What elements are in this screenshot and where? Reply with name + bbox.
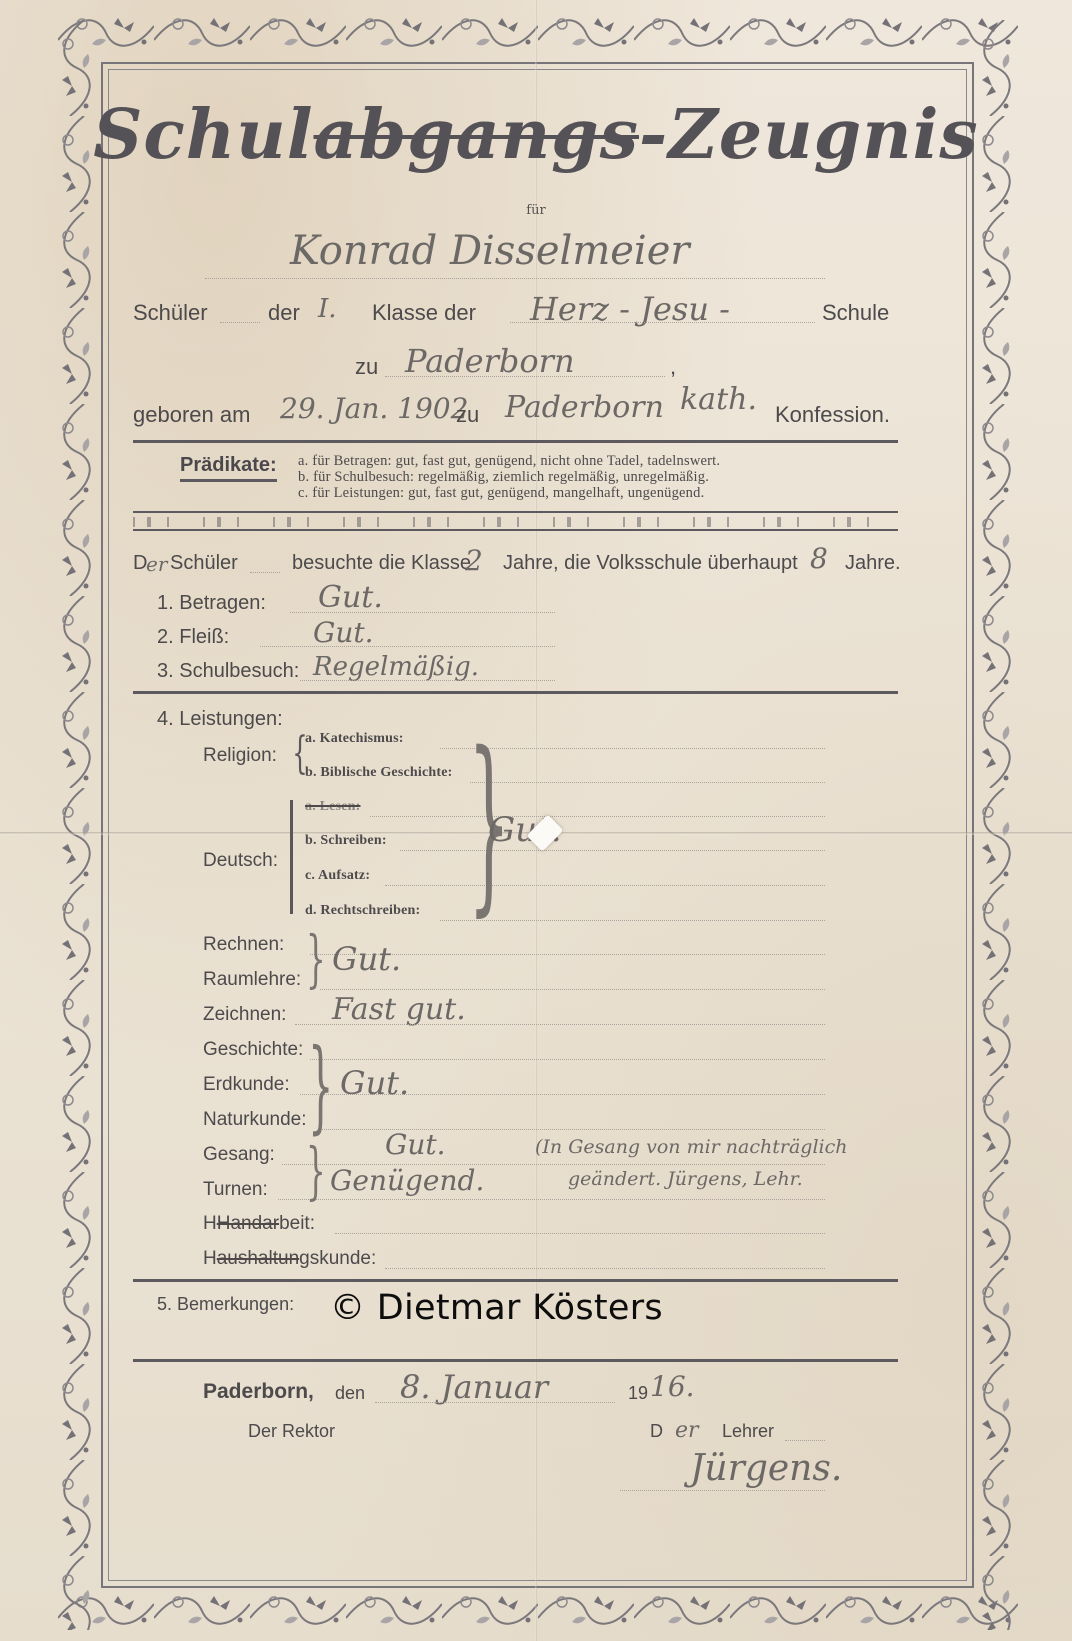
singing-gym-brace: } [306,1140,326,1202]
teacher-article-value: er [675,1418,699,1443]
attendance-article-value: er [146,552,167,576]
title-struck-part: abgangs [314,95,639,175]
subject-label-haushaltungskunde: Haushaltungskunde: [203,1248,376,1270]
realien-grade: Gut. [340,1064,409,1102]
singing-note-line-2: geändert. Jürgens, Lehr. [568,1168,803,1190]
divider-rule [133,1279,898,1282]
dotted-line [300,680,555,681]
dotted-line [385,1268,825,1269]
school-years-value: 8 [810,542,828,575]
rector-label: Der Rektor [248,1421,335,1442]
teacher-d-label: D [650,1421,663,1442]
handarbeit-struck: Handar [217,1213,279,1234]
der-label: der [268,300,300,326]
dotted-line [370,816,825,817]
deutsch-label: Deutsch: [203,850,278,872]
conduct-label-fleiss: 2. Fleiß: [157,626,229,649]
subject-label-raumlehre: Raumlehre: [203,969,301,991]
dotted-line [295,1024,825,1025]
haushalt-struck: aushaltun [217,1248,299,1269]
subject-label-erdkunde: Erdkunde: [203,1074,290,1096]
dotted-line [785,1440,825,1441]
teacher-signature: Jürgens. [690,1448,842,1489]
for-label: für [0,203,1072,218]
ornamental-border-bottom [58,1588,1018,1634]
born-zu-label: zu [456,402,479,428]
name-dotted-line [205,278,825,279]
dotted-line [260,646,555,647]
subject-label-rechnen: Rechnen: [203,934,284,956]
singing-note-line-1: (In Gesang von mir nachträglich [535,1136,847,1158]
subject-label-zeichnen: Zeichnen: [203,1004,286,1026]
grading-scale-label: Prädikate: [180,454,277,482]
signature-den-label: den [335,1383,365,1404]
conduct-value-schulbesuch: Regelmäßig. [313,652,479,682]
ornamental-border-left [54,20,100,1630]
haushalt-prefix: H [203,1248,217,1269]
subject-value-gesang: Gut. [385,1128,446,1161]
title-suffix: -Zeugnis [639,95,979,175]
deutsch-item-lesen: a. Lesen: [305,799,360,815]
subject-value-turnen: Genügend. [330,1164,484,1197]
ornamental-divider [133,511,898,531]
dotted-line [510,322,815,323]
dotted-line [220,322,260,323]
grading-scale-line-a: a. für Betragen: gut, fast gut, genügend… [298,453,720,470]
dotted-line [400,850,825,851]
dotted-line [310,1059,825,1060]
signature-year-prefix: 19 [628,1383,648,1404]
dotted-line [470,782,825,783]
subject-label-handarbeit: HHandarbeit: [203,1213,315,1235]
divider-rule [133,440,898,443]
class-value: I. [318,294,337,324]
performance-heading: 4. Leistungen: [157,708,283,731]
signature-year-value: 16. [650,1370,695,1403]
divider-rule [133,691,898,694]
handarbeit-suffix: beit: [279,1213,315,1234]
student-name: Konrad Disselmeier [290,228,690,274]
subject-label-geschichte: Geschichte: [203,1039,303,1061]
dotted-line [620,1490,825,1491]
conduct-value-betragen: Gut. [318,580,383,615]
grading-scale-line-b: b. für Schulbesuch: regelmäßig, ziemlich… [298,469,709,486]
religion-label: Religion: [203,745,277,767]
religion-item-katechismus: a. Katechismus: [305,731,404,747]
zu-label: zu [355,354,378,380]
conduct-label-betragen: 1. Betragen: [157,592,266,615]
confession-value: kath. [680,382,757,417]
birth-date-value: 29. Jan. 1902 [280,392,468,425]
subject-label-naturkunde: Naturkunde: [203,1109,307,1131]
town-comma: , [670,354,676,380]
subject-label-gesang: Gesang: [203,1144,275,1166]
title-prefix: Schul [93,95,313,175]
math-grade-brace: } [306,928,326,990]
copyright-watermark: © Dietmar Kösters [330,1288,663,1328]
class-years-value: 2 [465,544,483,577]
dotted-line [335,1233,825,1234]
birthplace-value: Paderborn [505,390,664,425]
divider-rule [133,1359,898,1362]
school-suffix: Schule [822,300,889,326]
certificate-page: Schulabgangs-Zeugnis für Konrad Disselme… [0,0,1072,1641]
dotted-line [375,1402,615,1403]
years-label-1: Jahre, die Volksschule überhaupt [503,552,798,575]
dotted-line [385,376,665,377]
haushalt-suffix: gskunde: [299,1248,376,1269]
religion-item-biblische-geschichte: b. Biblische Geschichte: [305,765,453,781]
signature-date-value: 8. Januar [400,1368,548,1406]
realien-grade-brace: } [308,1036,333,1136]
deutsch-brace [290,800,293,914]
subject-label-turnen: Turnen: [203,1179,268,1201]
subject-value-zeichnen: Fast gut. [332,992,466,1027]
grading-scale-line-c: c. für Leistungen: gut, fast gut, genüge… [298,485,704,502]
years-label-2: Jahre. [845,552,901,575]
conduct-label-schulbesuch: 3. Schulbesuch: [157,660,299,683]
confession-label: Konfession. [775,402,890,428]
attendance-student-label: Schüler [170,552,238,575]
dotted-line [250,572,280,573]
remarks-label: 5. Bemerkungen: [157,1294,294,1315]
class-label: Klasse der [372,300,476,326]
teacher-label: Lehrer [722,1421,774,1442]
document-title: Schulabgangs-Zeugnis [0,95,1072,175]
deutsch-item-aufsatz: c. Aufsatz: [305,868,370,884]
dotted-line [278,1199,825,1200]
student-label: Schüler [133,300,208,326]
dotted-line [320,989,825,990]
visited-label: besuchte die Klasse [292,552,471,575]
signature-place: Paderborn, [203,1380,314,1404]
dotted-line [290,612,555,613]
town-value: Paderborn [405,342,575,380]
ornamental-border-top [58,10,1018,56]
born-label: geboren am [133,402,250,428]
deutsch-item-schreiben: b. Schreiben: [305,833,387,849]
handarbeit-prefix: H [203,1213,217,1234]
math-grade: Gut. [332,940,401,978]
ornamental-border-right [974,20,1020,1630]
deutsch-item-rechtschreiben: d. Rechtschreiben: [305,903,420,919]
conduct-value-fleiss: Gut. [313,616,374,649]
dotted-line [385,885,825,886]
